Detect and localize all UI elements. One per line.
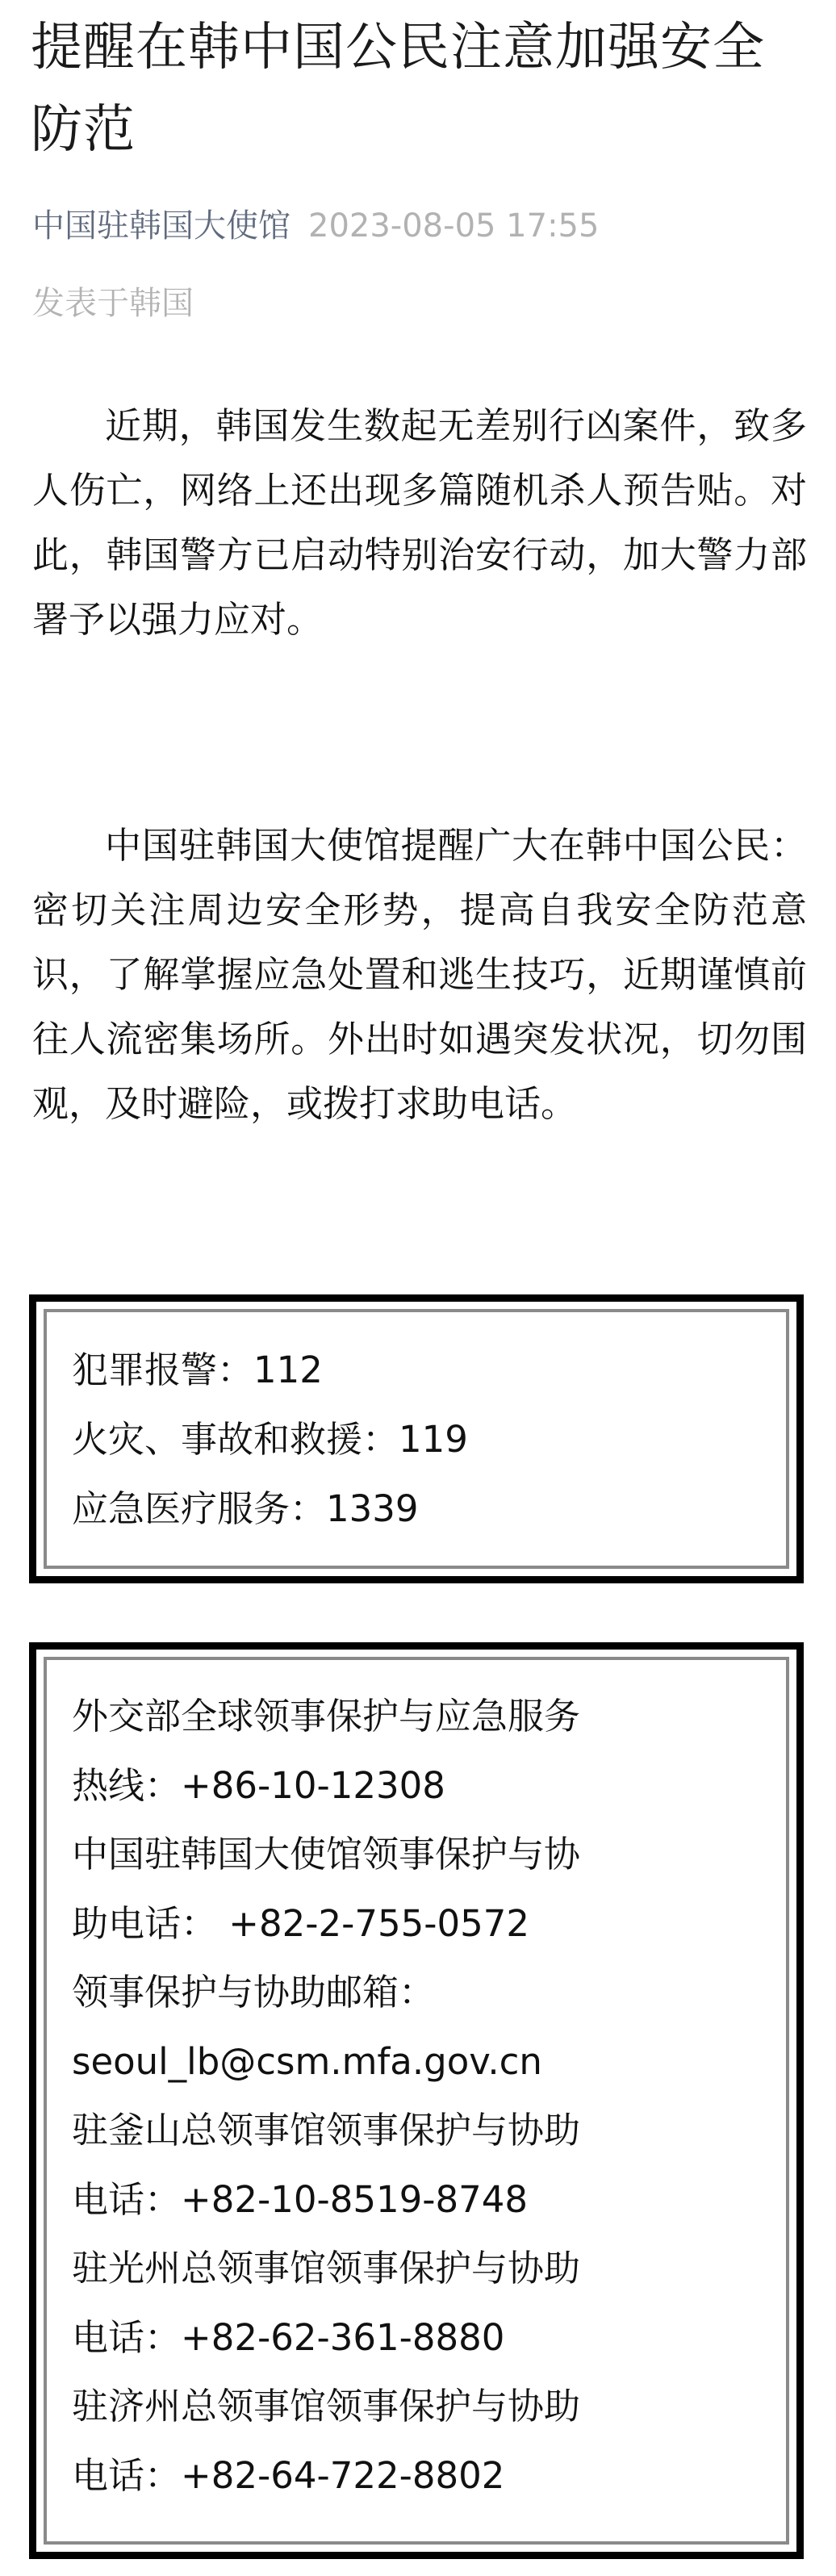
paragraph-1: 近期，韩国发生数起无差别行凶案件，致多人伤亡，网络上还出现多篇随机杀人预告贴。对…	[32, 394, 807, 652]
author-link[interactable]: 中国驻韩国大使馆	[32, 207, 291, 245]
consular-contacts-box: 外交部全球领事保护与应急服务 热线：+86-10-12308 中国驻韩国大使馆领…	[29, 1642, 804, 2559]
contact-line: 驻釜山总领事馆领事保护与协助	[72, 2096, 780, 2165]
emergency-line-fire: 火灾、事故和救援：119	[72, 1405, 780, 1474]
contact-line: 中国驻韩国大使馆领事保护与协	[72, 1820, 780, 1889]
contact-line: 领事保护与协助邮箱：	[72, 1958, 780, 2027]
emergency-numbers-box: 犯罪报警：112 火灾、事故和救援：119 应急医疗服务：1339	[29, 1294, 804, 1583]
contact-line: 热线：+86-10-12308	[72, 1751, 780, 1821]
contact-line: 驻光州总领事馆领事保护与协助	[72, 2234, 780, 2303]
contact-line: 电话：+82-10-8519-8748	[72, 2165, 780, 2235]
contact-line: 助电话： +82-2-755-0572	[72, 1889, 780, 1959]
article-title: 提醒在韩中国公民注意加强安全防范	[31, 6, 805, 171]
consular-contacts-list: 外交部全球领事保护与应急服务 热线：+86-10-12308 中国驻韩国大使馆领…	[72, 1682, 780, 2510]
contact-line: 电话：+82-62-361-8880	[72, 2303, 780, 2373]
paragraph-2: 中国驻韩国大使馆提醒广大在韩中国公民：密切关注周边安全形势，提高自我安全防范意识…	[32, 813, 807, 1136]
emergency-line-medical: 应急医疗服务：1339	[72, 1474, 780, 1544]
emergency-numbers-list: 犯罪报警：112 火灾、事故和救援：119 应急医疗服务：1339	[72, 1336, 780, 1544]
article-meta: 中国驻韩国大使馆2023-08-05 17:55	[32, 203, 599, 249]
contact-email[interactable]: seoul_lb@csm.mfa.gov.cn	[72, 2027, 780, 2097]
contact-line: 电话：+82-64-722-8802	[72, 2441, 780, 2511]
contact-line: 驻济州总领事馆领事保护与协助	[72, 2372, 780, 2441]
contact-line: 外交部全球领事保护与应急服务	[72, 1682, 780, 1751]
emergency-line-police: 犯罪报警：112	[72, 1336, 780, 1405]
publish-location: 发表于韩国	[32, 281, 194, 326]
publish-datetime: 2023-08-05 17:55	[308, 207, 599, 245]
